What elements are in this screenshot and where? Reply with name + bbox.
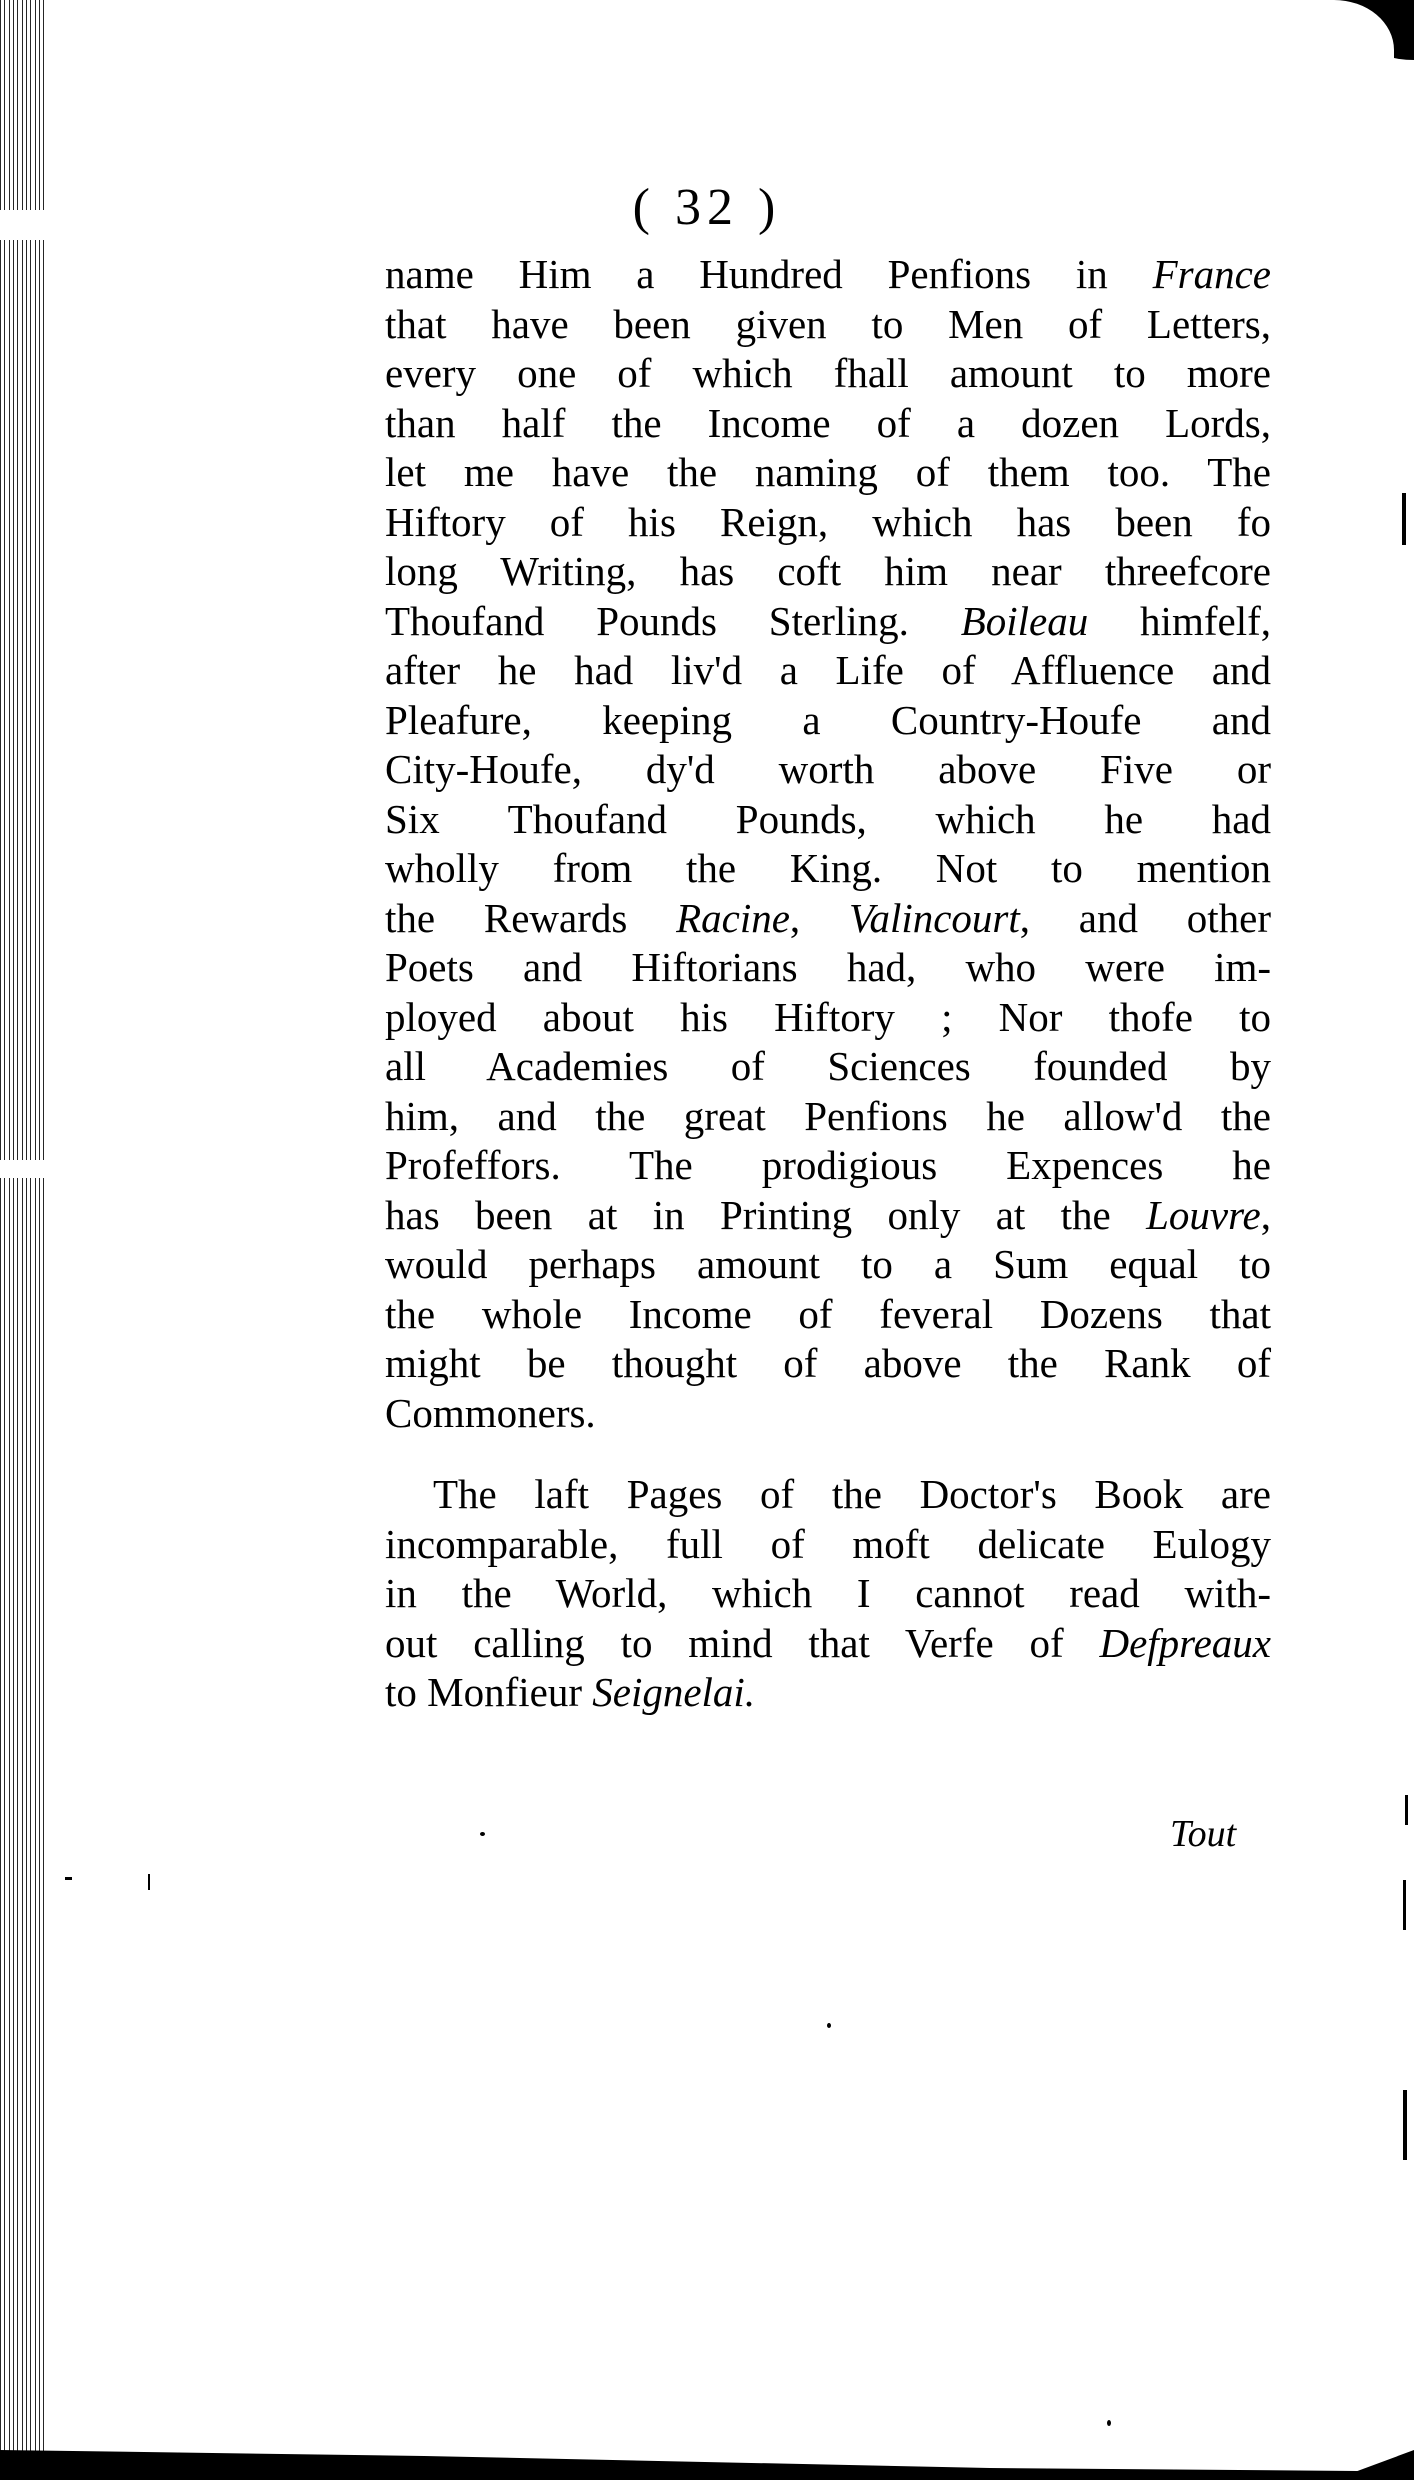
text-run: him, and the great Penfions he allow'd t…	[385, 1093, 1271, 1139]
text-line: than half the Income of a dozen Lords,	[385, 399, 1271, 449]
scan-speck	[1107, 2420, 1111, 2426]
scan-speck	[65, 1877, 72, 1880]
italic-text: Seignelai.	[592, 1669, 755, 1715]
text-run: the Rewards	[385, 895, 676, 941]
text-line: Profeffors. The prodigious Expences he	[385, 1141, 1271, 1191]
text-line: long Writing, has coft him near threefco…	[385, 547, 1271, 597]
text-line: in the World, which I cannot read with-	[385, 1569, 1271, 1619]
text-line: him, and the great Penfions he allow'd t…	[385, 1092, 1271, 1142]
text-line: name Him a Hundred Penfions in France	[385, 250, 1271, 300]
text-run: Commoners.	[385, 1390, 596, 1436]
text-line: The laft Pages of the Doctor's Book are	[385, 1470, 1271, 1520]
text-line: the Rewards Racine, Valincourt, and othe…	[385, 894, 1271, 944]
scan-bottom-shadow	[0, 2450, 1414, 2480]
scan-edge-mark	[1402, 493, 1406, 545]
scan-binding-edge	[0, 0, 44, 2480]
text-line: ployed about his Hiftory ; Nor thofe to	[385, 993, 1271, 1043]
text-run: ,	[790, 895, 849, 941]
text-line: let me have the naming of them too. The	[385, 448, 1271, 498]
text-run: ,	[1261, 1192, 1271, 1238]
italic-text: France	[1153, 251, 1271, 297]
text-run: might be thought of above the Rank of	[385, 1340, 1271, 1386]
italic-text: Defpreaux	[1099, 1620, 1271, 1666]
text-run: Six Thoufand Pounds, which he had	[385, 796, 1271, 842]
text-line: Commoners.	[385, 1389, 1271, 1439]
italic-text: Boileau	[961, 598, 1089, 644]
text-run: would perhaps amount to a Sum equal to	[385, 1241, 1271, 1287]
text-run: The laft Pages of the Doctor's Book are	[433, 1471, 1271, 1517]
text-run: every one of which fhall amount to more	[385, 350, 1271, 396]
scan-speck	[480, 1832, 485, 1836]
text-line: wholly from the King. Not to mention	[385, 844, 1271, 894]
text-run: Hiftory of his Reign, which has been fo	[385, 499, 1271, 545]
text-line: might be thought of above the Rank of	[385, 1339, 1271, 1389]
italic-text: Valincourt	[849, 895, 1020, 941]
text-run: City-Houfe, dy'd worth above Five or	[385, 746, 1271, 792]
text-run: the whole Income of feveral Dozens that	[385, 1291, 1271, 1337]
italic-text: Racine	[676, 895, 790, 941]
text-run: himfelf,	[1088, 598, 1271, 644]
text-run: to Monfieur	[385, 1669, 592, 1715]
text-run: , and other	[1020, 895, 1271, 941]
text-run: out calling to mind that Verfe of	[385, 1620, 1099, 1666]
text-line: Six Thoufand Pounds, which he had	[385, 795, 1271, 845]
page-number: ( 32 )	[0, 178, 1414, 237]
text-run: incomparable, full of moft delicate Eulo…	[385, 1521, 1271, 1567]
text-line: the whole Income of feveral Dozens that	[385, 1290, 1271, 1340]
scan-artifact	[0, 1160, 44, 1178]
text-run: in the World, which I cannot read with-	[385, 1570, 1271, 1616]
text-run: Poets and Hiftorians had, who were im-	[385, 944, 1271, 990]
paragraph-1: name Him a Hundred Penfions in Francetha…	[385, 250, 1271, 1438]
text-line: would perhaps amount to a Sum equal to	[385, 1240, 1271, 1290]
text-run: Pleafure, keeping a Country-Houfe and	[385, 697, 1271, 743]
text-run: long Writing, has coft him near threefco…	[385, 548, 1271, 594]
text-line: out calling to mind that Verfe of Defpre…	[385, 1619, 1271, 1669]
scan-speck	[148, 1874, 150, 1890]
text-line: after he had liv'd a Life of Affluence a…	[385, 646, 1271, 696]
italic-text: Louvre	[1146, 1192, 1261, 1238]
scan-edge-mark	[1403, 1880, 1406, 1930]
text-line: to Monfieur Seignelai.	[385, 1668, 1271, 1718]
text-run: that have been given to Men of Letters,	[385, 301, 1271, 347]
text-line: incomparable, full of moft delicate Eulo…	[385, 1520, 1271, 1570]
paragraph-2: The laft Pages of the Doctor's Book arei…	[385, 1470, 1271, 1718]
text-run: Thoufand Pounds Sterling.	[385, 598, 961, 644]
text-line: every one of which fhall amount to more	[385, 349, 1271, 399]
scan-speck	[827, 2023, 831, 2028]
text-line: City-Houfe, dy'd worth above Five or	[385, 745, 1271, 795]
text-run: Profeffors. The prodigious Expences he	[385, 1142, 1271, 1188]
text-line: Thoufand Pounds Sterling. Boileau himfel…	[385, 597, 1271, 647]
text-line: Poets and Hiftorians had, who were im-	[385, 943, 1271, 993]
text-run: ployed about his Hiftory ; Nor thofe to	[385, 994, 1271, 1040]
text-line: that have been given to Men of Letters,	[385, 300, 1271, 350]
text-run: after he had liv'd a Life of Affluence a…	[385, 647, 1271, 693]
text-run: has been at in Printing only at the	[385, 1192, 1146, 1238]
text-run: all Academies of Sciences founded by	[385, 1043, 1271, 1089]
catchword: Tout	[1170, 1812, 1236, 1856]
text-line: Pleafure, keeping a Country-Houfe and	[385, 696, 1271, 746]
text-line: has been at in Printing only at the Louv…	[385, 1191, 1271, 1241]
text-run: than half the Income of a dozen Lords,	[385, 400, 1271, 446]
text-line: all Academies of Sciences founded by	[385, 1042, 1271, 1092]
scan-edge-mark	[1403, 2090, 1407, 2160]
text-run: let me have the naming of them too. The	[385, 449, 1271, 495]
text-line: Hiftory of his Reign, which has been fo	[385, 498, 1271, 548]
text-run: name Him a Hundred Penfions in	[385, 251, 1153, 297]
scan-edge-mark	[1405, 1795, 1408, 1825]
text-run: wholly from the King. Not to mention	[385, 845, 1271, 891]
